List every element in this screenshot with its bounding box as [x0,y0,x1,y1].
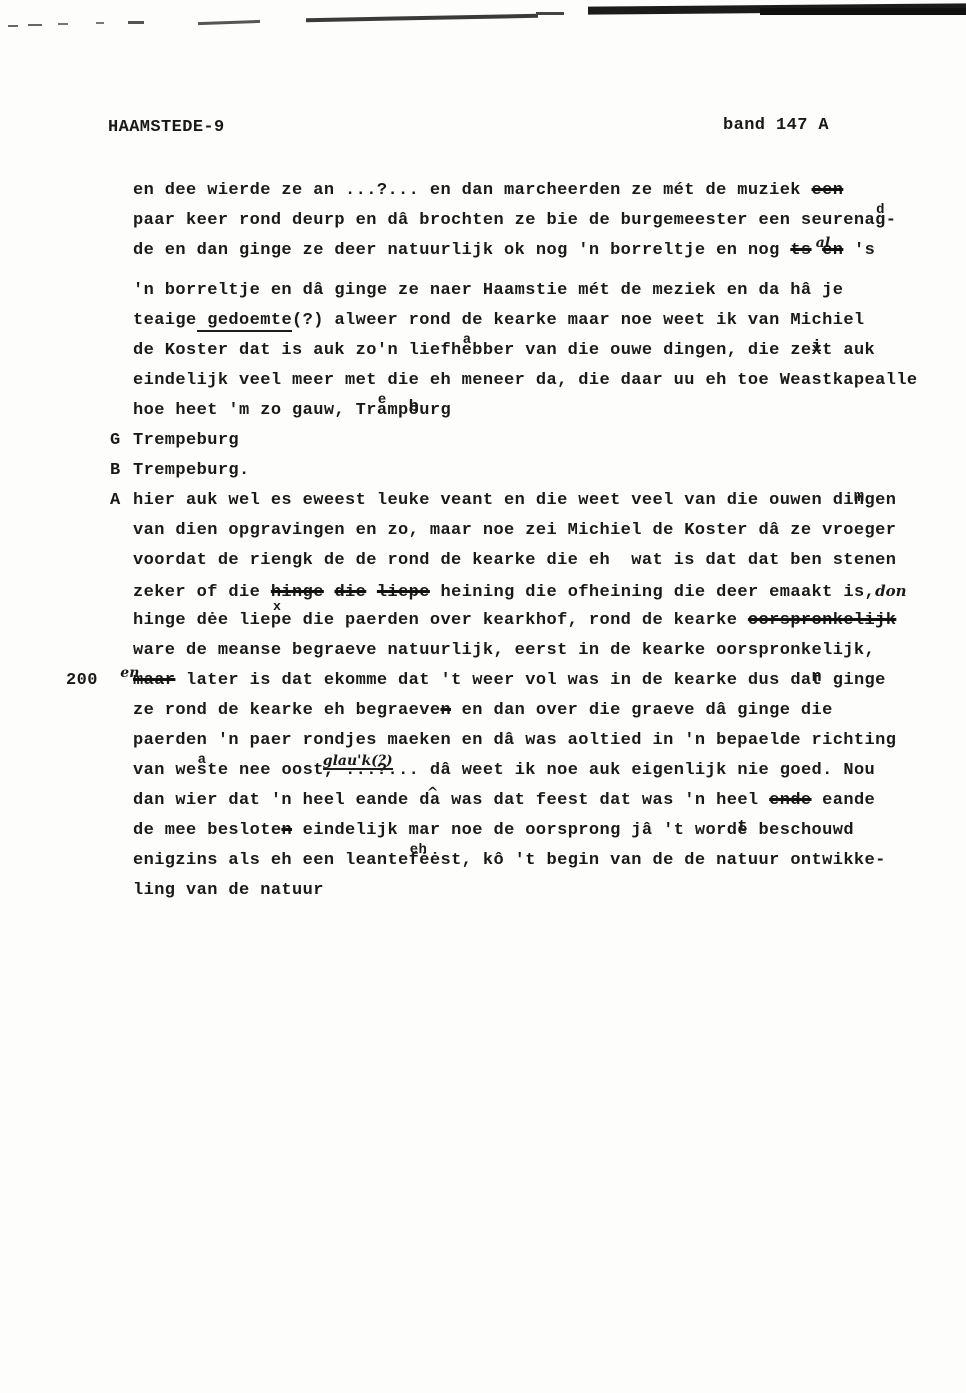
typewritten-text [366,583,377,602]
transcript-line: 'n borreltje en dâ ginge ze naer Haamsti… [0,276,966,306]
scan-artifact [58,23,68,25]
typewritten-text: eindelijk mar noe de oorsprong jâ 't wor… [292,821,737,840]
transcript-line: voordat de riengk de de rond de kearke d… [0,546,966,576]
handwritten-annotation: glau'k(?) [323,754,393,770]
transcript-line: paerden 'n paer rondjes maeken en dâ was… [0,726,966,756]
handwritten-annotation: al [816,236,830,250]
typewritten-text: heining die ofheining die deer emaakt is… [430,583,875,602]
overtyped-correction: xi [812,336,823,366]
typewritten-text: dâ weet ik noe auk eigenlijk nie goed. N… [419,761,875,780]
typewritten-text: later is dat ekomme dat 't weer vol was … [175,671,811,690]
document-page: HAAMSTEDE-9 band 147 A en dee wierde ze … [0,0,966,1393]
typewritten-text: teaige [133,311,197,330]
typewritten-text: a [463,334,472,348]
transcript-line: eindelijk veel meer met die eh meneer da… [0,366,966,396]
typewritten-text: hier auk wel es eweest leuke veant en di… [133,491,854,510]
typewritten-text: ze rond de kearke eh begraeve [133,701,440,720]
scan-artifact [8,25,18,27]
overtyped-correction: ae [377,396,388,426]
speaker-label: B [110,456,121,486]
transcript-line: en dee wierde ze an ...?... en dan march… [0,176,966,206]
transcript-line: paar keer rond deurp en dâ brochten ze b… [0,206,966,236]
typewritten-text: en dan over die graeve dâ ginge die [451,701,833,720]
overtyped-correction: hingex [271,578,324,608]
transcript-line: 200maaren later is dat ekomme dat 't wee… [0,666,966,696]
transcript-line: dan wier dat 'n heel eande da^ was dat f… [0,786,966,816]
underlined-text: gedoemte [197,311,292,332]
overtyped-correction: sa [197,756,208,786]
typewritten-text: (?) alweer rond de kearke maar noe weet … [292,311,865,330]
typewritten-text: paerden 'n paer rondjes maeken en dâ was… [133,731,896,750]
scan-artifact [96,22,104,24]
overtyped-correction: nm [854,486,865,516]
typewritten-text: enigzins als eh een leante [133,851,409,870]
overtyped-correction: tn [812,666,823,696]
typewritten-text: ling van de natuur [133,881,324,900]
transcript-line: enigzins als eh een leantefehėėst, kô 't… [0,846,966,876]
typewritten-text: ware de meanse begraeve natuurlijk, eers… [133,641,875,660]
scan-artifact [760,8,966,15]
speaker-label: G [110,426,121,456]
typewritten-text: de mee beslote [133,821,281,840]
typewritten-text: gen [865,491,897,510]
overtyped-correction: ob [409,396,420,426]
typewritten-text: paar keer rond deurp en dâ brochten ze b… [133,211,875,230]
typewritten-text: van dien opgravingen en zo, maar noe zei… [133,521,896,540]
transcript-line: ling van de natuur [0,876,966,906]
overtyped-correction: ...?...glau'k(?) [345,756,419,786]
struck-out-text: n [281,821,292,840]
transcript-line: BTrempeburg. [0,456,966,486]
scan-artifact [536,12,564,15]
handwritten-annotation: ^ [427,786,439,800]
scan-artifact [198,20,260,25]
typewritten-text: Trempeburg. [133,461,250,480]
overtyped-correction: maaren [133,666,175,696]
struck-out-text: een [812,181,844,200]
typewritten-text: voordat de riengk de de rond de kearke d… [133,551,896,570]
typewritten-text: 'n borreltje en dâ ginge ze naer Haamsti… [133,281,843,300]
overtyped-correction: ea [462,336,473,366]
struck-out-text: die [334,583,366,602]
typewritten-text: van we [133,761,197,780]
transcript-line: hinge dėe liepe die paerden over kearkho… [0,606,966,636]
typewritten-text: - [886,211,897,230]
speaker-label: A [110,486,121,516]
scan-artifact [306,14,538,22]
typewritten-text: was dat feest dat was 'n heel [440,791,769,810]
struck-out-text: ts [790,241,811,260]
transcript-line: van wesate nee oost, ...?...glau'k(?) dâ… [0,756,966,786]
typewritten-text: mp [387,401,408,420]
band-label: band 147 A [723,116,829,135]
transcript-line: zeker of die hingex die liepe heining di… [0,576,966,606]
overtyped-correction: enal [822,236,843,266]
transcript-line: de en dan ginge ze deer natuurlijk ok no… [0,236,966,266]
transcript-line: teaige gedoemte(?) alweer rond de kearke… [0,306,966,336]
typewritten-text: bber van die ouwe dingen, die ze [472,341,811,360]
typewritten-text: i [812,339,823,356]
overtyped-correction: et [737,816,748,846]
handwritten-annotation: en [120,666,139,680]
typewritten-text: d [876,204,885,218]
margin-line-number: 200 [66,666,98,696]
transcript-line: de mee besloten eindelijk mar noe de oor… [0,816,966,846]
typewritten-text: urg [419,401,451,420]
typewritten-text: b [409,399,420,416]
typewritten-text: beschouwd [748,821,854,840]
typewritten-text: m [854,489,865,506]
document-id: HAAMSTEDE-9 [108,118,225,137]
typewritten-text: a [198,754,207,768]
typewritten-text: hoe heet 'm zo gauw, Tr [133,401,377,420]
typewritten-text: t auk [822,341,875,360]
typewritten-text: ginge [822,671,886,690]
struck-out-text: liepe [377,583,430,602]
typewritten-text: t [737,819,748,836]
typewritten-text: eh [410,844,428,858]
handwritten-annotation: don [875,582,906,600]
typewritten-text [324,583,335,602]
typewritten-text: de Koster dat is auk zo'n liefh [133,341,462,360]
overtyped-correction: gd [875,206,886,236]
scan-artifact [28,24,42,26]
transcript-line: hoe heet 'm zo gauw, Traempoburg [0,396,966,426]
scan-artifact [128,21,144,24]
typewritten-text: ėėst, kô 't begin van de de natuur ontwi… [419,851,885,870]
transcript-body: en dee wierde ze an ...?... en dan march… [0,176,966,906]
typewritten-text: hinge dėe liepe die paerden over kearkho… [133,611,748,630]
struck-out-text: n [440,701,451,720]
transcript-line: GTrempeburg [0,426,966,456]
typewritten-text: zeker of die [133,583,271,602]
transcript-line: ware de meanse begraeve natuurlijk, eers… [0,636,966,666]
typewritten-text: eande [812,791,876,810]
struck-out-text: ende [769,791,811,810]
typewritten-text: e [378,394,387,408]
typewritten-text: en dee wierde ze an ...?... en dan march… [133,181,812,200]
transcript-line: Ahier auk wel es eweest leuke veant en d… [0,486,966,516]
struck-out-text: oorspronkelijk [748,611,896,630]
transcript-line: de Koster dat is auk zo'n liefheabber va… [0,336,966,366]
transcript-line: van dien opgravingen en zo, maar noe zei… [0,516,966,546]
typewritten-text: 's [843,241,875,260]
typewritten-text: n [812,669,823,686]
typewritten-text: de en dan ginge ze deer natuurlijk ok no… [133,241,790,260]
typewritten-text: Trempeburg [133,431,239,450]
typewritten-text: eindelijk veel meer met die eh meneer da… [133,371,918,390]
overtyped-correction: feh [409,846,420,876]
typewritten-text: dan wier dat 'n heel eande d [133,791,430,810]
overtyped-correction: a^ [430,786,441,816]
transcript-line: ze rond de kearke eh begraeven en dan ov… [0,696,966,726]
